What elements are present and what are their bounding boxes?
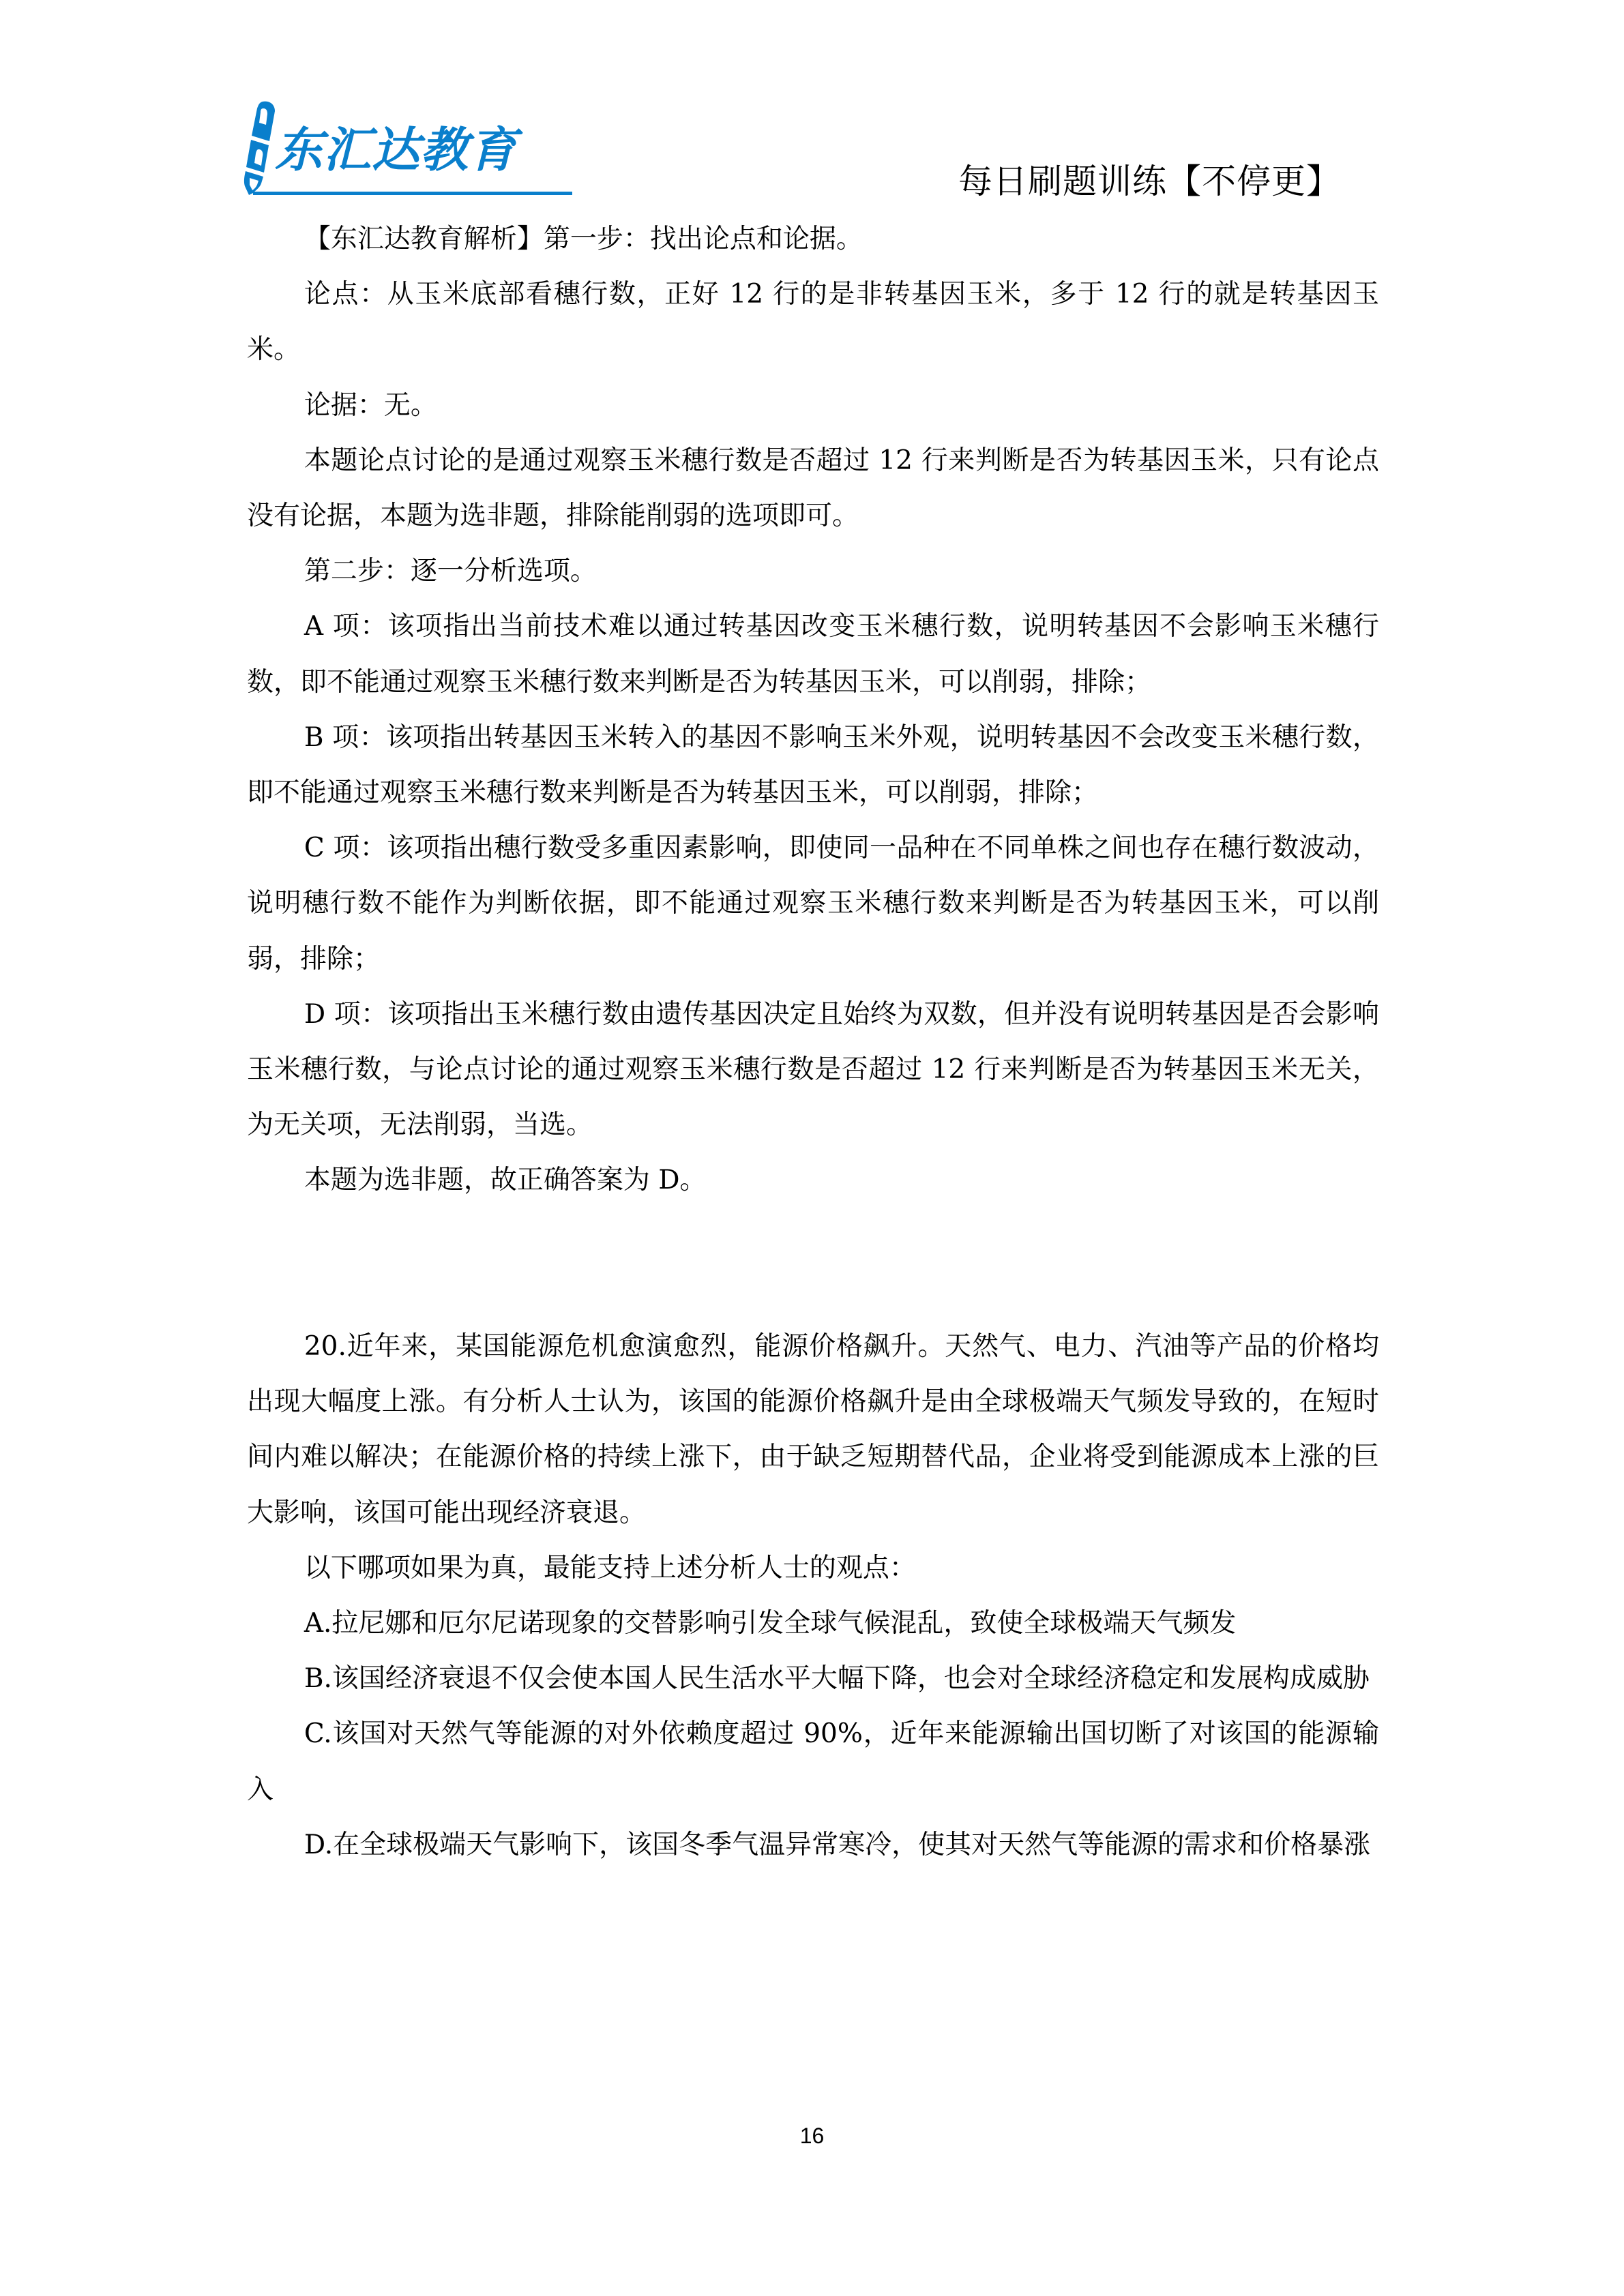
analysis-evidence: 论据：无。 bbox=[247, 378, 1379, 433]
question-option-b: B.该国经济衰退不仅会使本国人民生活水平大幅下降，也会对全球经济稳定和发展构成威… bbox=[247, 1651, 1379, 1706]
analysis-intro: 【东汇达教育解析】第一步：找出论点和论据。 bbox=[247, 211, 1379, 267]
question-option-c: C.该国对天然气等能源的对外依赖度超过 90%，近年来能源输出国切断了对该国的能… bbox=[247, 1706, 1379, 1817]
pencil-icon bbox=[242, 99, 278, 196]
question-option-a: A.拉尼娜和厄尔尼诺现象的交替影响引发全球气候混乱，致使全球极端天气频发 bbox=[247, 1596, 1379, 1651]
question-option-d: D.在全球极端天气影响下，该国冬季气温异常寒冷，使其对天然气等能源的需求和价格暴… bbox=[247, 1817, 1379, 1873]
logo-underline bbox=[253, 192, 572, 195]
header-title: 每日刷题训练【不停更】 bbox=[958, 161, 1341, 202]
analysis-summary: 本题论点讨论的是通过观察玉米穗行数是否超过 12 行来判断是否为转基因玉米，只有… bbox=[247, 433, 1379, 543]
question-prompt: 以下哪项如果为真，最能支持上述分析人士的观点： bbox=[247, 1540, 1379, 1596]
analysis-option-a: A 项：该项指出当前技术难以通过转基因改变玉米穗行数，说明转基因不会影响玉米穗行… bbox=[247, 599, 1379, 709]
section-spacer bbox=[247, 1208, 1379, 1319]
page-number: 16 bbox=[0, 2122, 1624, 2149]
analysis-step-two: 第二步：逐一分析选项。 bbox=[247, 543, 1379, 599]
analysis-argument: 论点：从玉米底部看穗行数，正好 12 行的是非转基因玉米，多于 12 行的就是转… bbox=[247, 267, 1379, 377]
analysis-option-c: C 项：该项指出穗行数受多重因素影响，即使同一品种在不同单株之间也存在穗行数波动… bbox=[247, 820, 1379, 987]
analysis-option-b: B 项：该项指出转基因玉米转入的基因不影响玉米外观，说明转基因不会改变玉米穗行数… bbox=[247, 710, 1379, 820]
question-section: 20.近年来，某国能源危机愈演愈烈，能源价格飙升。天然气、电力、汽油等产品的价格… bbox=[247, 1319, 1379, 1873]
logo-text: 东汇达教育 bbox=[275, 125, 517, 175]
analysis-option-d: D 项：该项指出玉米穗行数由遗传基因决定且始终为双数，但并没有说明转基因是否会影… bbox=[247, 987, 1379, 1153]
question-stem: 20.近年来，某国能源危机愈演愈烈，能源价格飙升。天然气、电力、汽油等产品的价格… bbox=[247, 1319, 1379, 1540]
analysis-section: 【东汇达教育解析】第一步：找出论点和论据。 论点：从玉米底部看穗行数，正好 12… bbox=[247, 211, 1379, 1208]
brand-logo: 东汇达教育 bbox=[242, 99, 576, 198]
analysis-answer: 本题为选非题，故正确答案为 D。 bbox=[247, 1152, 1379, 1208]
document-body: 【东汇达教育解析】第一步：找出论点和论据。 论点：从玉米底部看穗行数，正好 12… bbox=[247, 211, 1379, 1873]
